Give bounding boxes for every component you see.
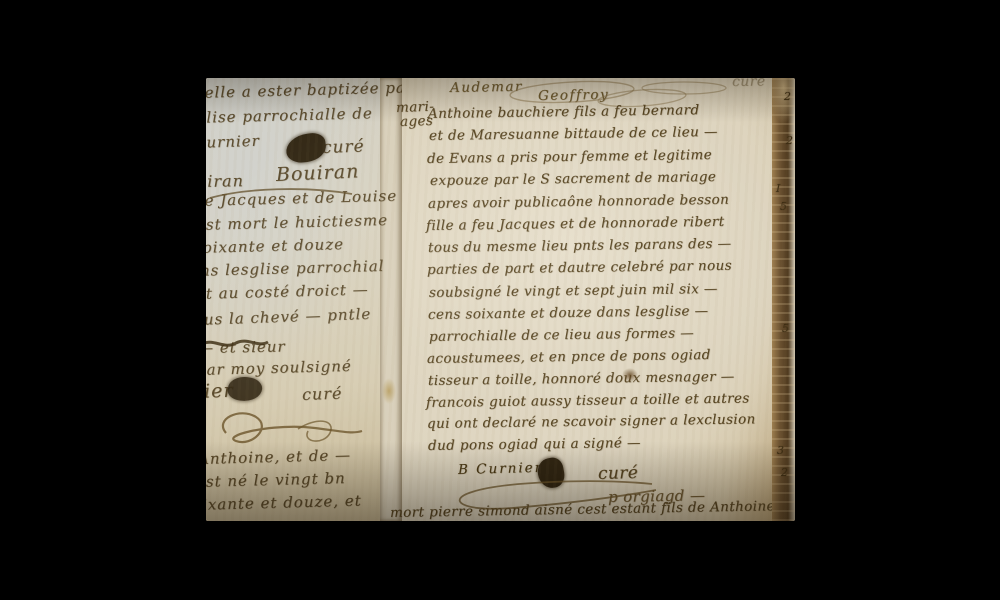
record-line: Anthoine bauchiere fils a feu bernard	[428, 102, 700, 122]
curate-signature: Curnier	[206, 132, 260, 152]
manuscript-line: lglise parrochialle de	[206, 104, 373, 127]
record-line: cens soixante et douze dans lesglise —	[428, 303, 709, 323]
ink-blot	[284, 131, 328, 164]
record-line: soubsigné le vingt et sept juin mil six …	[429, 281, 718, 301]
edge-number: 2	[784, 90, 791, 103]
edge-number: 5	[780, 200, 787, 213]
edge-number: I	[776, 182, 780, 195]
faint-top-note: curé	[732, 78, 766, 90]
manuscript-line: ans lesglise parrochial	[206, 257, 385, 280]
manuscript-line: et au costé droict —	[206, 280, 369, 303]
record-line: et de Maresuanne bittaude de ce lieu —	[429, 124, 718, 144]
ink-blot	[536, 456, 567, 490]
record-line: expouze par le S sacrement de mariage	[430, 169, 716, 189]
struck-line: — et sieur	[206, 337, 286, 357]
record-heading-name: Audemar	[450, 79, 523, 96]
edge-number: 2	[781, 466, 788, 479]
record-line: tous du mesme lieu pnts les parans des —	[428, 236, 732, 256]
record-line: parties de part et dautre celebré par no…	[427, 258, 732, 278]
right-page: mari- ages Audemar Geoffroy Anthoine bau…	[402, 78, 772, 521]
curate-title: curé	[302, 384, 343, 404]
ink-blot	[227, 375, 263, 402]
record-line: apres avoir publicaône honnorade besson	[428, 192, 729, 212]
curate-title: curé	[322, 137, 365, 158]
record-line: qui ont declaré ne scavoir signer a lexc…	[427, 411, 756, 432]
manuscript-line: est mort le huictiesme	[206, 211, 388, 234]
record-line: de Evans a pris pour femme et legitime	[427, 147, 712, 167]
book-fore-edge: 2 2 I 5 5 3 2	[772, 78, 795, 521]
record-heading-name: Geoffroy	[538, 87, 609, 104]
curate-signature: B Curnier	[458, 460, 544, 478]
manuscript-line: uiran	[206, 171, 244, 191]
edge-number: 5	[782, 322, 789, 335]
manuscript-line: Anthoine, et de —	[206, 446, 351, 468]
manuscript-line: eus la chevé — pntle	[206, 305, 372, 329]
record-line: tisseur a toille, honnoré doux mesnager …	[428, 369, 735, 389]
record-line: parrochialle de ce lieu aus formes —	[429, 325, 694, 345]
left-page: uelle a ester baptizée par lglise parroc…	[206, 78, 380, 521]
manuscript-line: par moy soulsigné	[206, 357, 352, 379]
record-line: dud pons ogiad qui a signé —	[428, 435, 641, 454]
edge-number: 2	[786, 134, 793, 147]
letterboxed-stage: uelle a ester baptizée par lglise parroc…	[0, 0, 1000, 600]
edge-number: 3	[777, 444, 784, 457]
record-line: francois guiot aussy tisseur a toille et…	[426, 390, 750, 411]
record-line: acoustumees, et en pnce de pons ogiad	[427, 347, 711, 367]
manuscript-photo: uelle a ester baptizée par lglise parroc…	[206, 78, 795, 521]
manuscript-line: est né le vingt bn	[206, 469, 346, 491]
record-line: fille a feu Jacques et de honnorade ribe…	[426, 214, 725, 234]
next-record-line: mort pierre simond aisné cest estant fil…	[390, 498, 775, 521]
manuscript-line: oixante et douze, et	[206, 492, 362, 514]
curate-title: curé	[598, 463, 639, 484]
manuscript-line: de Jacques et de Louise	[206, 187, 397, 210]
signature-bouiran: Bouiran	[276, 160, 360, 186]
top-oval-flourish	[638, 80, 730, 96]
page-gutter	[380, 78, 402, 521]
manuscript-line: soixante et douze	[206, 235, 344, 257]
